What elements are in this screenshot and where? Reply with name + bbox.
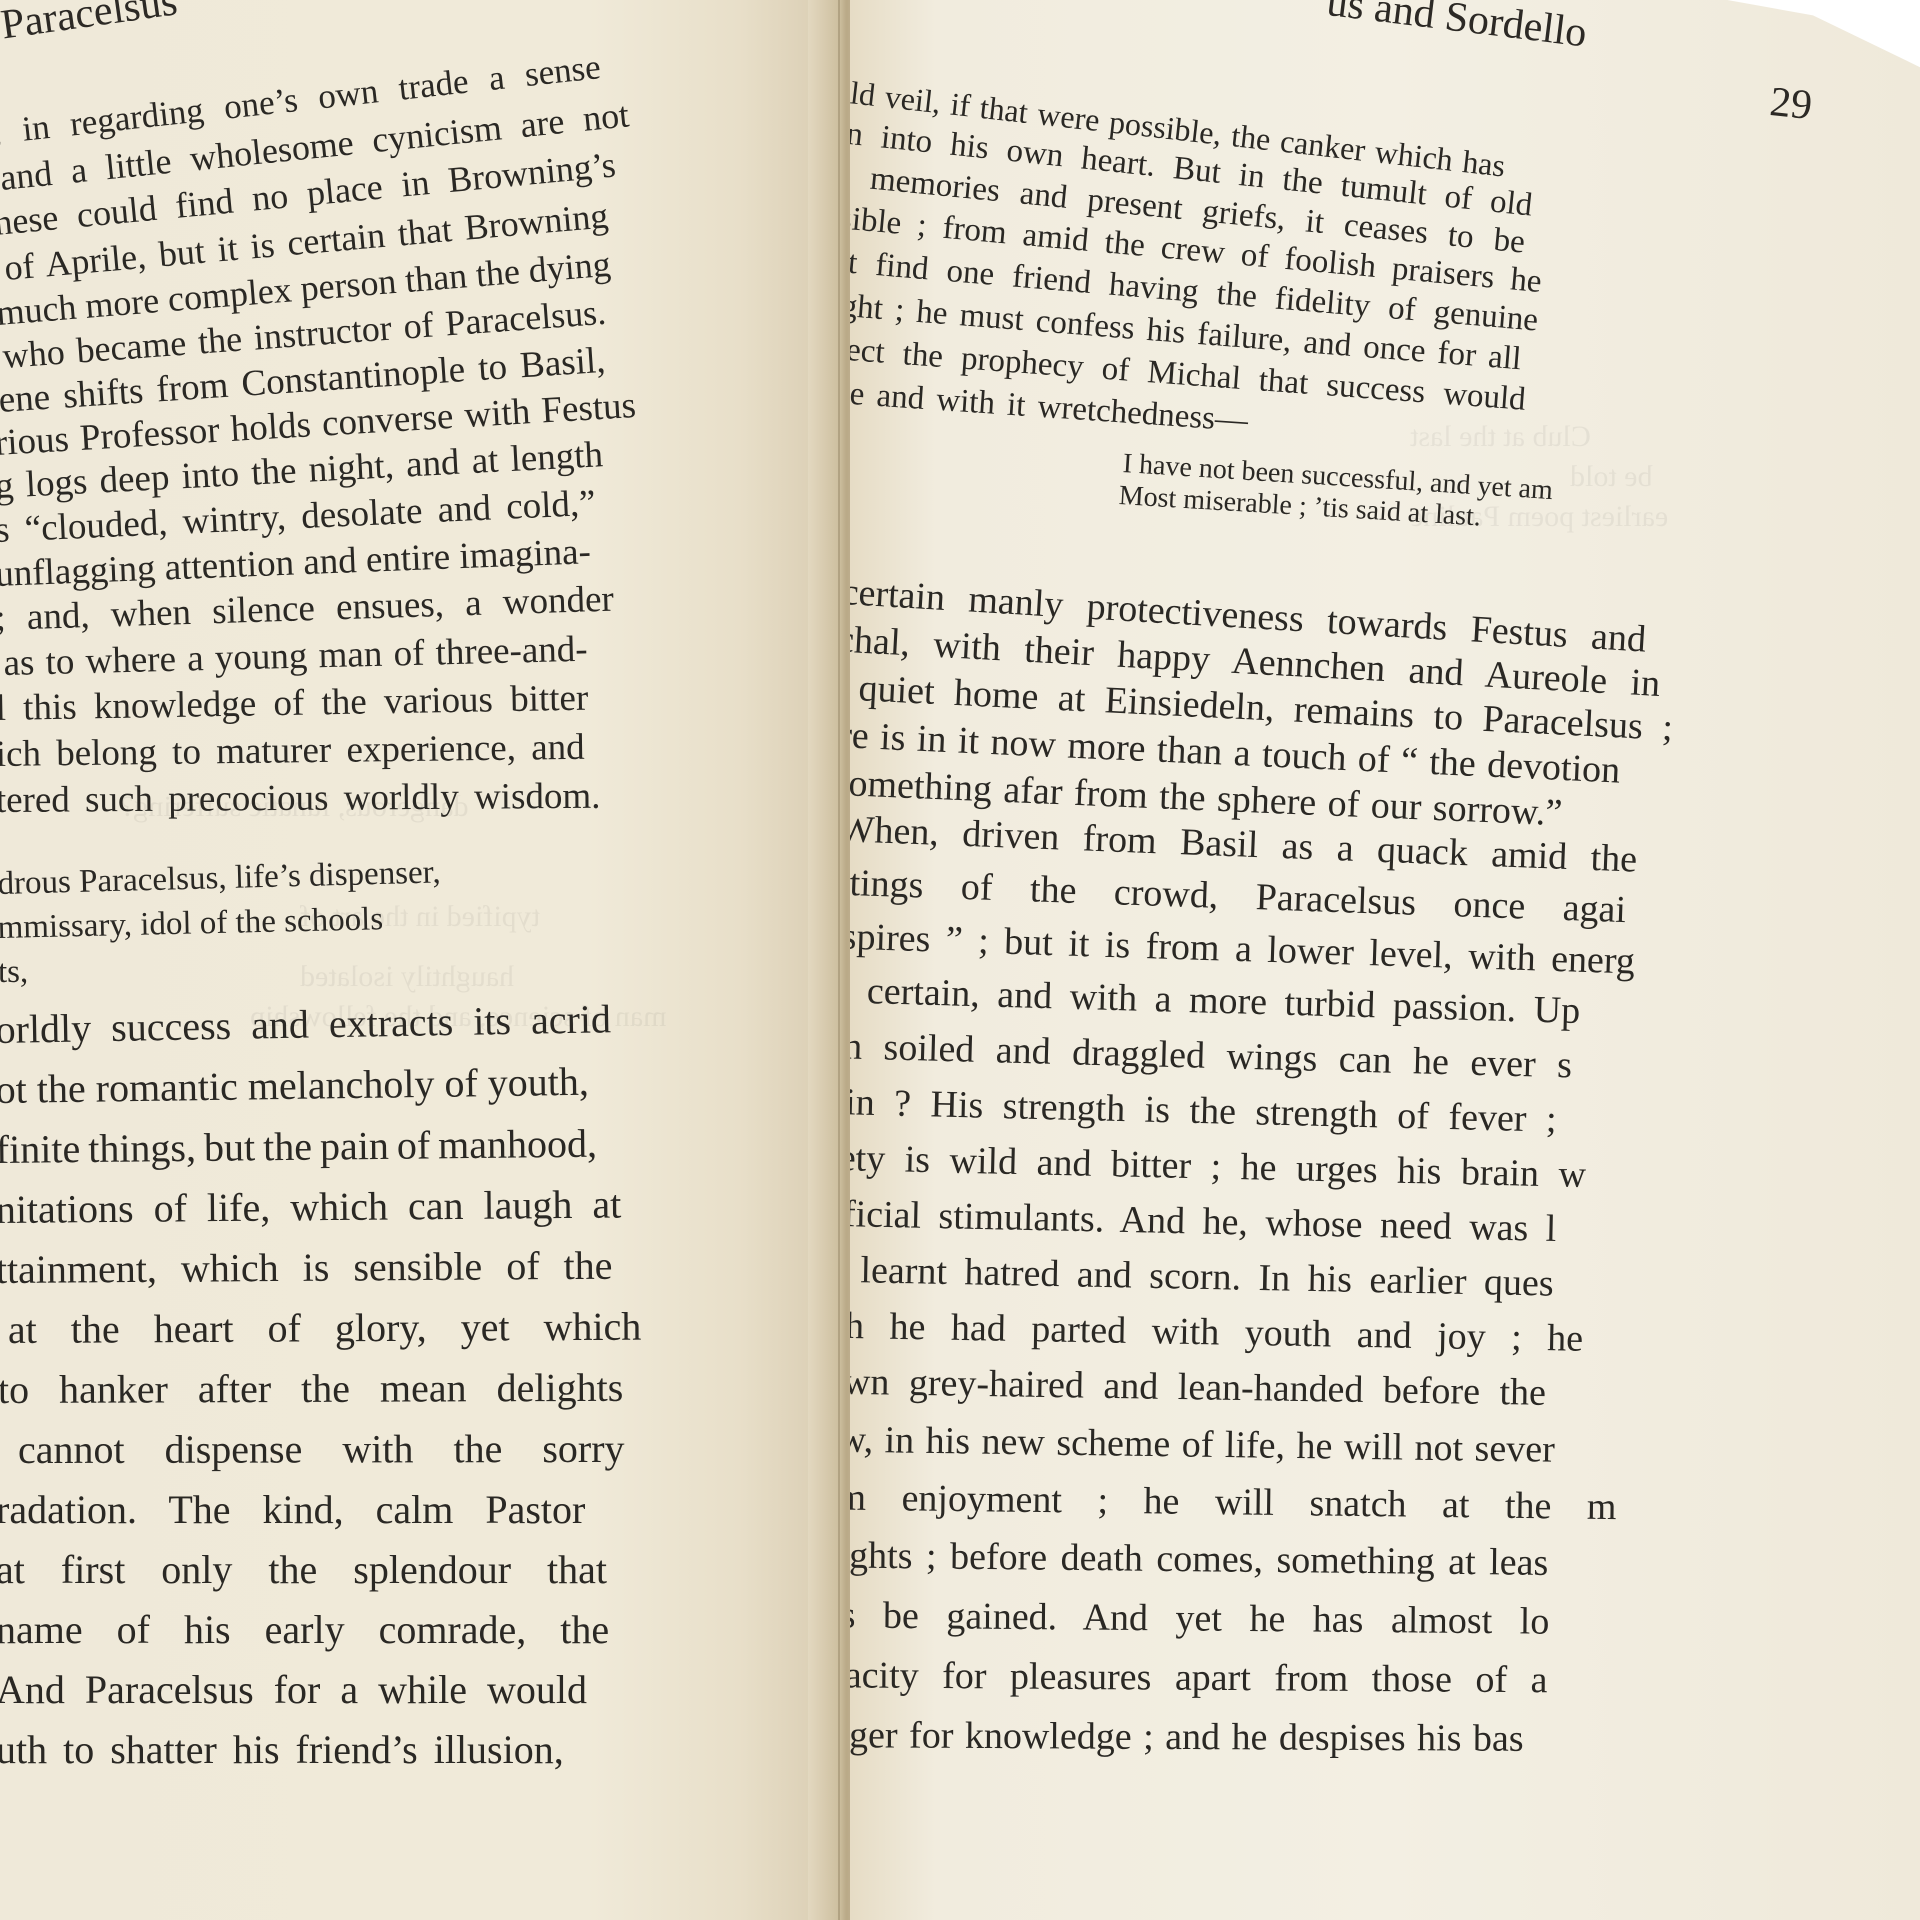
- text-line: grown grey-haired and lean-handed before…: [792, 1362, 1546, 1412]
- text-line: artificial stimulants. And he, whose nee…: [792, 1194, 1557, 1248]
- text-line: ot the romantic melancholy of youth,: [0, 1062, 589, 1110]
- text-line: at first only the splendour that: [0, 1550, 607, 1590]
- verse-line: drous Paracelsus, life’s dispenser,: [0, 856, 441, 901]
- text-line: gaiety is wild and bitter ; he urges his…: [792, 1138, 1586, 1194]
- gutter-fold-line: [838, 0, 840, 1920]
- text-line: capacity for pleasures apart from those …: [792, 1656, 1548, 1699]
- text-line: truth he had parted with youth and joy ;…: [792, 1306, 1583, 1358]
- right-page: us and Sordello 29 Club at the last be t…: [850, 0, 1920, 1920]
- text-line: to hanker after the mean delights: [0, 1368, 623, 1410]
- text-line: l this knowledge of the various bitter: [0, 680, 589, 727]
- text-line: And Paracelsus for a while would: [0, 1670, 587, 1710]
- show-through-text: haughtily isolated: [300, 960, 514, 994]
- left-page: Paracelsus dangerous, lunatic suffering?…: [0, 0, 840, 1920]
- text-line: at the heart of glory, yet which: [8, 1307, 642, 1350]
- open-book-photo: Paracelsus dangerous, lunatic suffering?…: [0, 0, 1920, 1920]
- text-line: cannot dispense with the sorry: [18, 1429, 625, 1470]
- text-line: less certain, and with a more turbid pas…: [792, 970, 1581, 1030]
- text-line: uth to shatter his friend’s illusion,: [0, 1730, 564, 1770]
- text-line: has learnt hatred and scorn. In his earl…: [792, 1250, 1554, 1303]
- verse-line: ts,: [0, 956, 28, 989]
- text-line: finite things, but the pain of manhood,: [0, 1124, 597, 1170]
- text-line: tered such precocious worldly wisdom.: [0, 778, 601, 819]
- page-number: 29: [1768, 78, 1815, 130]
- right-running-head: us and Sordello: [1324, 0, 1589, 57]
- show-through-text: be told: [1570, 460, 1653, 494]
- text-line: from enjoyment ; he will snatch at the m: [792, 1478, 1617, 1526]
- show-through-text: Club at the last: [1410, 420, 1591, 454]
- text-line: such soiled and draggled wings can he ev…: [792, 1026, 1573, 1084]
- text-line: orldly success and extracts its acrid: [0, 999, 611, 1050]
- text-line: name of his early comrade, the: [0, 1610, 609, 1650]
- text-line: ich belong to maturer experience, and: [0, 729, 585, 773]
- text-line: thus be gained. And yet he has almost lo: [792, 1596, 1549, 1641]
- verse-line: mmissary, idol of the schools: [0, 903, 383, 945]
- text-line: again ? His strength is the strength of …: [792, 1082, 1557, 1139]
- text-line: delights ; before death comes, something…: [792, 1536, 1548, 1582]
- text-line: Now, in his new scheme of life, he will …: [792, 1420, 1555, 1469]
- left-running-head: Paracelsus: [0, 0, 180, 50]
- text-line: radation. The kind, calm Pastor: [0, 1490, 585, 1530]
- text-line: ttainment, which is sensible of the: [0, 1246, 613, 1290]
- text-line: hunger for knowledge ; and he despises h…: [792, 1716, 1524, 1758]
- text-line: as to where a young man of three-and-: [3, 631, 588, 682]
- text-line: nitations of life, which can laugh at: [0, 1185, 621, 1230]
